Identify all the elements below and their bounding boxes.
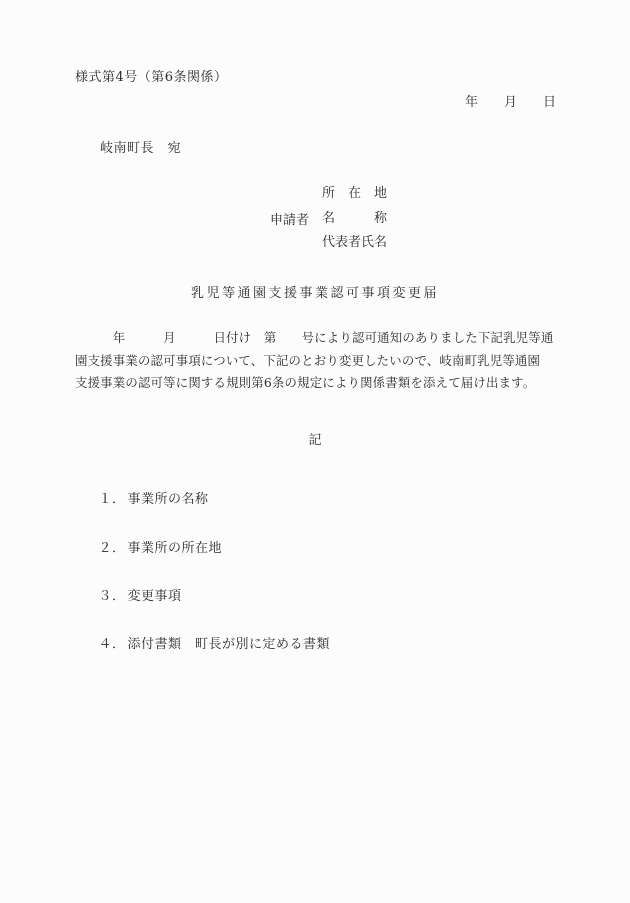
body-paragraph: 年 月 日付け 第 号により認可通知のありました下記乳児等通 園支援事業の認可事… [75, 327, 580, 395]
list-item-text: 変更事項 [128, 589, 182, 604]
list-item: ２．事業所の所在地 [80, 522, 222, 571]
list-item: １．事業所の名称 [80, 473, 209, 522]
document-title: 乳児等通園支援事業認可事項変更届 [0, 282, 630, 301]
list-item-number: ４． [99, 637, 126, 652]
list-item-number: ２． [99, 541, 126, 556]
list-item: ３．変更事項 [80, 570, 182, 619]
applicant-address-label: 所 在 地 [322, 182, 387, 207]
applicant-representative-label: 代表者氏名 [322, 231, 387, 256]
applicant-name-label: 名 称 [322, 207, 387, 232]
list-item-text: 添付書類 町長が別に定める書類 [128, 637, 331, 652]
list-item: ４．添付書類 町長が別に定める書類 [80, 618, 330, 667]
applicant-rows: 所 在 地 名 称 代表者氏名 [322, 182, 387, 256]
document-page: 様式第4号（第6条関係） 年 月 日 岐南町長 宛 申請者 所 在 地 名 称 … [0, 0, 630, 903]
list-item-number: １． [99, 492, 126, 507]
list-item-text: 事業所の所在地 [128, 541, 223, 556]
applicant-label: 申請者 [270, 209, 309, 228]
date-line: 年 月 日 [465, 91, 556, 110]
list-item-number: ３． [99, 589, 126, 604]
list-heading: 記 [0, 429, 630, 448]
list-item-text: 事業所の名称 [128, 492, 209, 507]
applicant-block: 申請者 所 在 地 名 称 代表者氏名 [270, 182, 387, 256]
form-number: 様式第4号（第6条関係） [75, 66, 228, 85]
addressee: 岐南町長 宛 [100, 137, 181, 156]
